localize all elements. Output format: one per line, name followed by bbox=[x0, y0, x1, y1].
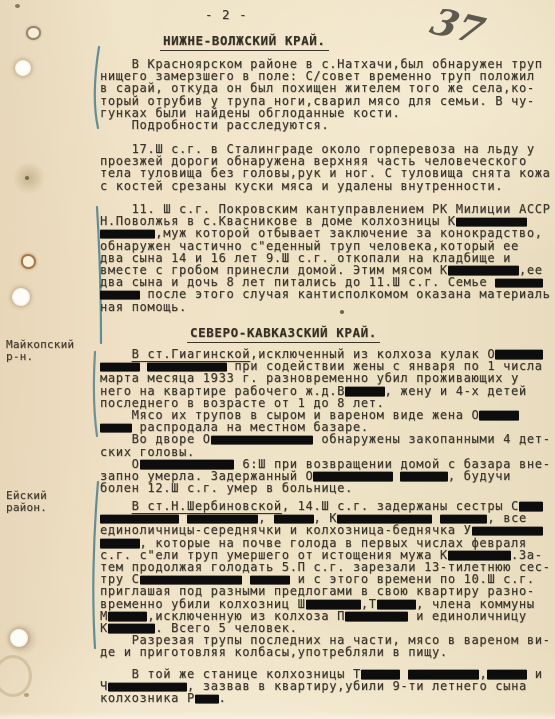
blue-margin-stroke bbox=[95, 47, 99, 128]
redaction-bar bbox=[140, 575, 243, 585]
redaction-bar bbox=[100, 290, 140, 300]
redaction-bar bbox=[108, 612, 148, 622]
redaction-bar bbox=[440, 514, 487, 524]
text-run: обнаружены закопанными 4 дет- bbox=[313, 432, 550, 446]
text-run: болен 12.Ш с.г. умер в больнице. bbox=[100, 481, 353, 495]
para-same-stanitsa-line-3: колхозника Р. bbox=[100, 692, 226, 704]
redaction-bar bbox=[108, 624, 155, 634]
redaction-bar bbox=[108, 682, 187, 692]
text-run: , будучи bbox=[448, 469, 511, 483]
para-stalingrad-line-4: с костей срезаны куски мяса и удалены вн… bbox=[100, 180, 503, 192]
page-number: - 2 - bbox=[205, 7, 248, 22]
redaction-bar bbox=[187, 514, 258, 524]
region-header-severo-kavkazsky: СЕВЕРО-КАВКАЗСКИЙ КРАЙ. bbox=[187, 325, 380, 343]
para-krasnoyarsk-line-6: Подробности расследуются. bbox=[100, 119, 329, 131]
redaction-bar bbox=[345, 612, 408, 622]
para-pokrovsk-line-9: ная помощь. bbox=[100, 301, 187, 313]
margin-note-eisky: Ейский район. bbox=[6, 490, 47, 514]
redaction-bar bbox=[195, 694, 219, 704]
para-sherbinovskaya-line-13: де и приготовляя колбасы,употребляли в п… bbox=[100, 646, 448, 658]
blue-margin-stroke bbox=[93, 482, 98, 648]
redaction-bar bbox=[487, 670, 527, 680]
text-run: де и приготовляя колбасы,употребляли в п… bbox=[100, 645, 448, 659]
redaction-bar bbox=[100, 423, 132, 433]
text-run: , все bbox=[487, 511, 527, 525]
redaction-bar bbox=[100, 514, 179, 524]
redaction-bar bbox=[274, 514, 314, 524]
text-run: ,Т bbox=[361, 597, 377, 611]
punch-hole bbox=[15, 60, 31, 76]
redaction-bar bbox=[472, 526, 543, 536]
handwritten-page-mark: 37 bbox=[425, 0, 490, 53]
text-run: Подробности расследуются. bbox=[100, 118, 329, 132]
paper-speck bbox=[15, 4, 20, 8]
redaction-bar bbox=[456, 217, 527, 227]
text-run: и bbox=[527, 667, 543, 681]
redaction-bar bbox=[448, 266, 519, 276]
text-run bbox=[100, 347, 132, 361]
redaction-bar bbox=[100, 362, 140, 372]
text-run: с костей срезаны куски мяса и удалены вн… bbox=[100, 179, 503, 193]
redaction-bar bbox=[100, 539, 140, 549]
redaction-bar bbox=[408, 670, 479, 680]
para-giaginskaya-line-12: болен 12.Ш с.г. умер в больнице. bbox=[100, 482, 353, 494]
redaction-bar bbox=[140, 460, 235, 470]
margin-note-maikopsky: Майкопский р-н. bbox=[6, 339, 74, 363]
text-run bbox=[393, 469, 401, 483]
text-run: ная помощь. bbox=[100, 300, 187, 314]
redaction-bar bbox=[313, 472, 392, 482]
redaction-bar bbox=[211, 435, 314, 445]
redaction-bar bbox=[147, 362, 226, 372]
paper-speck bbox=[25, 176, 29, 180]
redaction-bar bbox=[306, 600, 361, 610]
text-run: и единоличницу bbox=[408, 609, 527, 623]
burn-hole bbox=[21, 254, 36, 269]
redaction-bar bbox=[400, 472, 447, 482]
redaction-bar bbox=[250, 575, 290, 585]
paper-speck bbox=[340, 310, 344, 314]
redaction-bar bbox=[448, 551, 511, 561]
text-run: , жену и 4-х детей bbox=[385, 384, 527, 398]
redaction-bar bbox=[495, 278, 542, 288]
scanned-document-page: - 2 -37НИЖНЕ-ВОЛЖСКИЙ КРАЙ. В Красноярск… bbox=[0, 0, 555, 719]
paper-bottom-edge bbox=[0, 712, 555, 719]
paper-stain-ring bbox=[0, 655, 32, 697]
redaction-bar bbox=[519, 502, 543, 512]
paper-speck bbox=[24, 693, 29, 697]
text-run: . bbox=[219, 691, 227, 705]
text-run: , зазвав в квартиру,убили 9-ти летнего с… bbox=[187, 679, 527, 693]
text-run bbox=[100, 499, 132, 513]
region-header-nizhne-volzhsky: НИЖНЕ-ВОЛЖСКИЙ КРАЙ. bbox=[160, 33, 329, 51]
redaction-bar bbox=[337, 514, 432, 524]
text-run: после этого случая кантисполкомом оказан… bbox=[140, 287, 551, 301]
redaction-bar bbox=[361, 670, 401, 680]
blue-margin-stroke bbox=[94, 352, 97, 436]
punch-hole bbox=[12, 288, 30, 306]
redaction-bar bbox=[100, 229, 155, 239]
redaction-bar bbox=[479, 411, 519, 421]
text-run: ,ее bbox=[519, 263, 543, 277]
redaction-bar bbox=[345, 387, 385, 397]
paper-stain bbox=[12, 162, 46, 194]
redaction-bar bbox=[495, 350, 542, 360]
text-run: колхозника Р bbox=[100, 691, 195, 705]
redaction-bar bbox=[377, 600, 417, 610]
punch-hole bbox=[10, 629, 28, 647]
punch-hole-ring bbox=[26, 26, 41, 40]
